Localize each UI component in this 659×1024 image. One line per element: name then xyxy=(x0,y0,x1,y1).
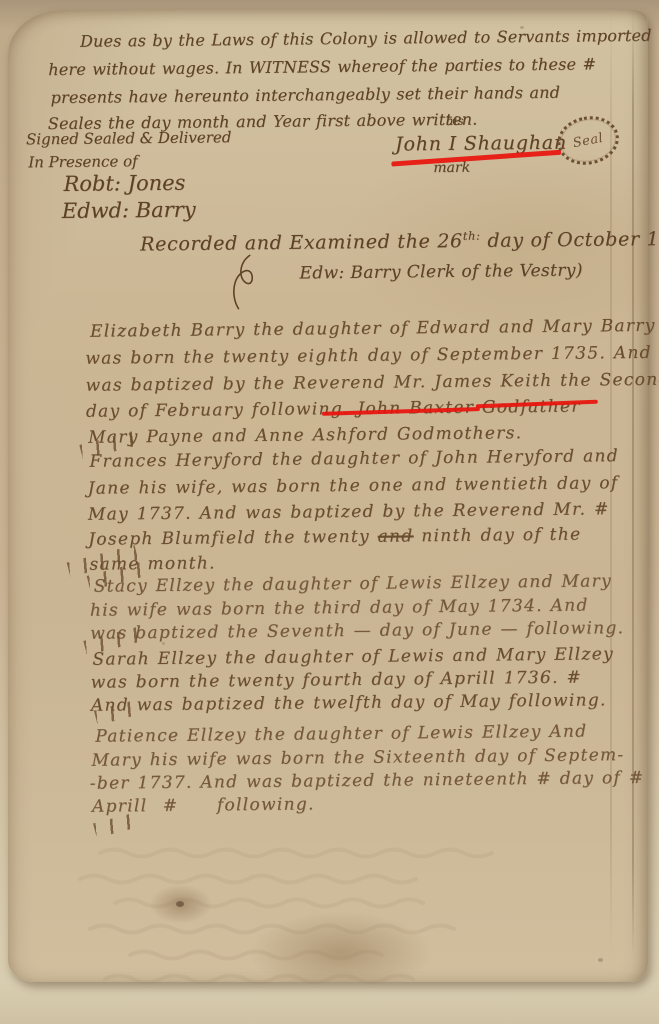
recorded-line-text: day of October 1737 xyxy=(481,228,659,252)
manuscript-line: Aprill # following. xyxy=(92,794,315,816)
ordinal-superscript: th: xyxy=(463,229,481,243)
seal-stamp: Seal xyxy=(553,111,623,170)
manuscript-line: Mary his wife was born the Sixteenth day… xyxy=(91,745,624,771)
manuscript-line: Jane his wife, was born the one and twen… xyxy=(88,473,619,499)
witness-block: Signed Sealed & Delivered In Presence of… xyxy=(0,0,659,1)
his-label: his xyxy=(446,114,464,128)
register-entry: Frances Heryford the daughter of John He… xyxy=(0,0,659,1)
manuscript-line: Mary Payne and Anne Ashford Godmothers. xyxy=(88,423,522,448)
recording-block: Recorded and Examined the 26th: day of O… xyxy=(0,0,659,1)
manuscript-line: Elizabeth Barry the daughter of Edward a… xyxy=(90,316,659,342)
manuscript-line: his wife was born the third day of May 1… xyxy=(90,595,589,620)
witness-signature: Edwd: Barry xyxy=(62,198,196,223)
manuscript-line: Patience Ellzey the daughter of Lewis El… xyxy=(95,722,587,747)
manuscript-line: -ber 1737. And was baptized the nineteen… xyxy=(90,768,645,794)
register-entry: Sarah Ellzey the daughter of Lewis and M… xyxy=(0,0,659,1)
struck-word: and xyxy=(378,526,414,546)
manuscript-line: was born the twenty eighth day of Septem… xyxy=(85,343,659,369)
recorded-line-text: Recorded and Examined the 26 xyxy=(140,230,463,255)
manuscript-line: Joseph Blumfield the twenty and ninth da… xyxy=(88,525,581,550)
manuscript-line: was born the twenty fourth day of Aprill… xyxy=(91,668,583,693)
manuscript-line: here without wages. In WITNESS whereof t… xyxy=(48,54,596,79)
manuscript-line: And was baptized the twelfth day of May … xyxy=(91,690,607,715)
manuscript-line: May 1737. And was baptized by the Revere… xyxy=(88,499,610,524)
signed-sealed-line: Signed Sealed & Delivered xyxy=(26,128,232,148)
clerk-paraph-flourish xyxy=(224,253,265,311)
handwritten-content: Dues as by the Laws of this Colony is al… xyxy=(0,0,659,1024)
manuscript-line: was baptized the Seventh — day of June —… xyxy=(90,618,624,644)
manuscript-line: day of February following. John Baxter G… xyxy=(86,397,581,422)
manuscript-line: Sarah Ellzey the daughter of Lewis and M… xyxy=(92,644,614,669)
scanned-manuscript-page: Dues as by the Laws of this Colony is al… xyxy=(0,0,659,1024)
witness-signature: Robt: Jones xyxy=(63,171,185,196)
clerk-signature: Edw: Barry Clerk of the Vestry) xyxy=(299,261,583,284)
manuscript-line: Dues as by the Laws of this Colony is al… xyxy=(80,26,652,51)
register-entry: Stacy Ellzey the daughter of Lewis Ellze… xyxy=(0,0,659,1)
register-entry: Patience Ellzey the daughter of Lewis El… xyxy=(0,0,659,1)
seal-label: Seal xyxy=(572,130,605,150)
manuscript-line: was baptized by the Reverend Mr. James K… xyxy=(86,370,659,396)
signature-block: his John I Shaughan mark Seal xyxy=(0,0,659,1)
manuscript-line: Frances Heryford the daughter of John He… xyxy=(89,446,619,472)
closing-clause-paragraph: Dues as by the Laws of this Colony is al… xyxy=(0,0,659,1)
recorded-line: Recorded and Examined the 26th: day of O… xyxy=(140,226,659,255)
manuscript-line: Stacy Ellzey the daughter of Lewis Ellze… xyxy=(94,571,612,596)
presence-line: In Presence of xyxy=(28,152,138,171)
line-text: ninth day of the xyxy=(413,525,581,547)
register-entry: Elizabeth Barry the daughter of Edward a… xyxy=(0,0,659,1)
manuscript-line: presents have hereunto interchangeably s… xyxy=(51,83,561,107)
